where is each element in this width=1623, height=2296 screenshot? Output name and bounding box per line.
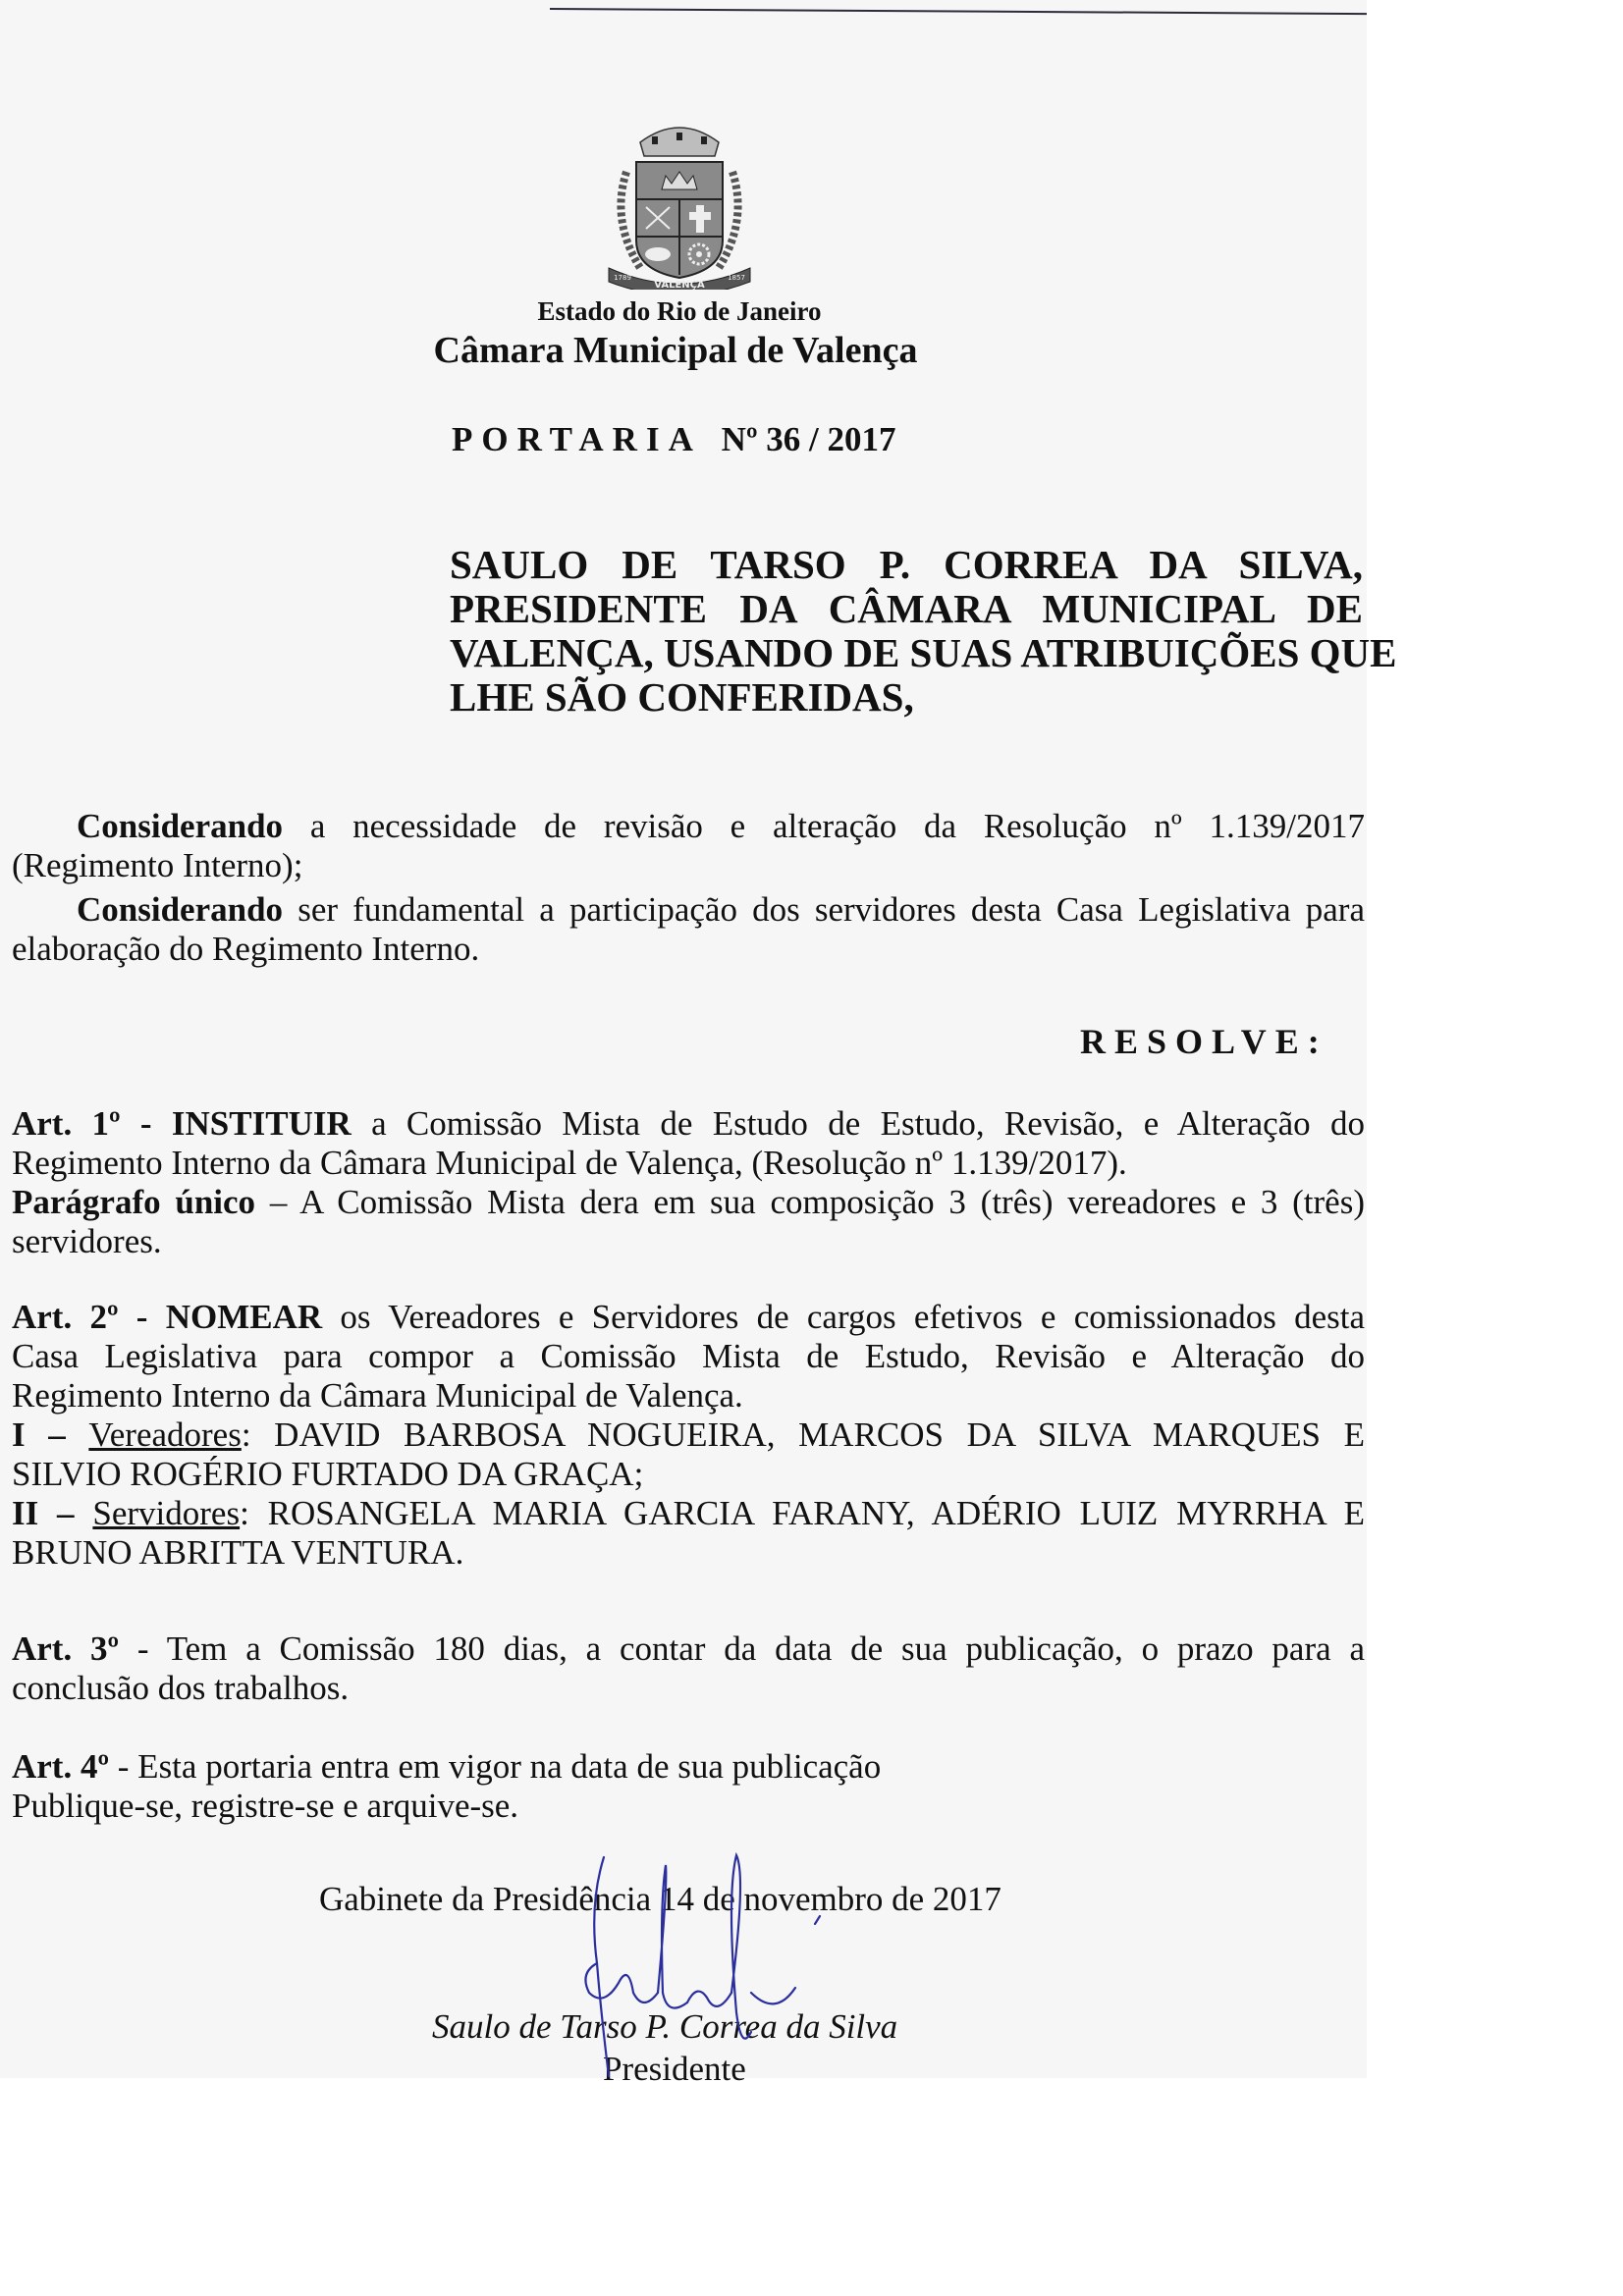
item-prefix: I – (12, 1415, 88, 1454)
article-text: - Tem a Comissão 180 dias, a contar da d… (119, 1629, 1365, 1668)
considerando-text: (Regimento Interno); (12, 846, 1365, 885)
considerando-1: Considerando a necessidade de revisão e … (12, 807, 1365, 885)
article-label: Art. 2º - (12, 1298, 166, 1336)
article-3: Art. 3º - Tem a Comissão 180 dias, a con… (12, 1629, 1365, 1708)
item-text: : ROSANGELA MARIA GARCIA FARANY, ADÉRIO … (240, 1494, 1365, 1532)
considerando-text: a necessidade de revisão e alteração da … (283, 807, 1365, 845)
paragraph-label: Parágrafo único (12, 1183, 255, 1221)
municipal-coat-of-arms-icon: VALENÇA 1789 1857 (601, 113, 758, 290)
preamble-line: LHE SÃO CONFERIDAS, (450, 675, 1363, 720)
article-text: conclusão dos trabalhos. (12, 1669, 1365, 1708)
svg-text:1857: 1857 (728, 274, 745, 282)
article-text: Regimento Interno da Câmara Municipal de… (12, 1144, 1365, 1183)
svg-text:1789: 1789 (614, 274, 631, 282)
item-label-servidores: Servidores (92, 1494, 240, 1532)
resolve-heading: RESOLVE: (1080, 1021, 1328, 1062)
preamble-line: VALENÇA, USANDO DE SUAS ATRIBUIÇÕES QUE (450, 631, 1363, 675)
signer-name: Saulo de Tarso P. Correa da Silva (432, 2007, 897, 2047)
item-text: BRUNO ABRITTA VENTURA. (12, 1533, 1365, 1573)
considerando-text: ser fundamental a participação dos servi… (283, 890, 1365, 929)
chamber-name-text: Câmara Municipal de Valença (434, 330, 918, 371)
considerando-keyword: Considerando (77, 807, 283, 845)
paragraph-text: servidores. (12, 1222, 1365, 1261)
portaria-title: PORTARIA Nº 36 / 2017 (452, 420, 895, 459)
article-verb: INSTITUIR (172, 1104, 352, 1143)
article-2: Art. 2º - NOMEAR os Vereadores e Servido… (12, 1298, 1365, 1573)
article-text: a Comissão Mista de Estudo de Estudo, Re… (352, 1104, 1365, 1143)
item-text: SILVIO ROGÉRIO FURTADO DA GRAÇA; (12, 1455, 1365, 1494)
article-label: Art. 1º - (12, 1104, 172, 1143)
preamble-line: PRESIDENTE DA CÂMARA MUNICIPAL DE (450, 587, 1363, 631)
signer-title: Presidente (603, 2050, 746, 2089)
article-4: Art. 4º - Esta portaria entra em vigor n… (12, 1747, 1365, 1826)
article-text: - Esta portaria entra em vigor na data d… (109, 1747, 881, 1786)
article-1: Art. 1º - INSTITUIR a Comissão Mista de … (12, 1104, 1365, 1261)
paragraph-text: – A Comissão Mista dera em sua composiçã… (255, 1183, 1365, 1221)
article-text: Regimento Interno da Câmara Municipal de… (12, 1376, 1365, 1415)
state-name: Estado do Rio de Janeiro (0, 296, 1367, 327)
item-text: : DAVID BARBOSA NOGUEIRA, MARCOS DA SILV… (242, 1415, 1365, 1454)
considerando-text: elaboração do Regimento Interno. (12, 930, 1365, 969)
preamble-line: SAULO DE TARSO P. CORREA DA SILVA, (450, 543, 1363, 587)
portaria-number: Nº 36 / 2017 (722, 420, 896, 458)
place-and-date: Gabinete da Presidência 14 de novembro d… (319, 1880, 1001, 1919)
portaria-label: PORTARIA (452, 420, 700, 458)
item-prefix: II – (12, 1494, 92, 1532)
article-label: Art. 3º (12, 1629, 119, 1668)
article-verb: NOMEAR (166, 1298, 322, 1336)
preamble: SAULO DE TARSO P. CORREA DA SILVA, PRESI… (450, 543, 1363, 720)
state-name-text: Estado do Rio de Janeiro (537, 296, 821, 326)
chamber-name: Câmara Municipal de Valença (0, 329, 1367, 372)
considerando-keyword: Considerando (77, 890, 283, 929)
item-label-vereadores: Vereadores (88, 1415, 241, 1454)
article-label: Art. 4º (12, 1747, 109, 1786)
article-text: Casa Legislativa para compor a Comissão … (12, 1337, 1365, 1376)
svg-text:VALENÇA: VALENÇA (654, 280, 705, 290)
article-text: Publique-se, registre-se e arquive-se. (12, 1787, 1365, 1826)
considerando-2: Considerando ser fundamental a participa… (12, 890, 1365, 969)
article-text: os Vereadores e Servidores de cargos efe… (322, 1298, 1365, 1336)
